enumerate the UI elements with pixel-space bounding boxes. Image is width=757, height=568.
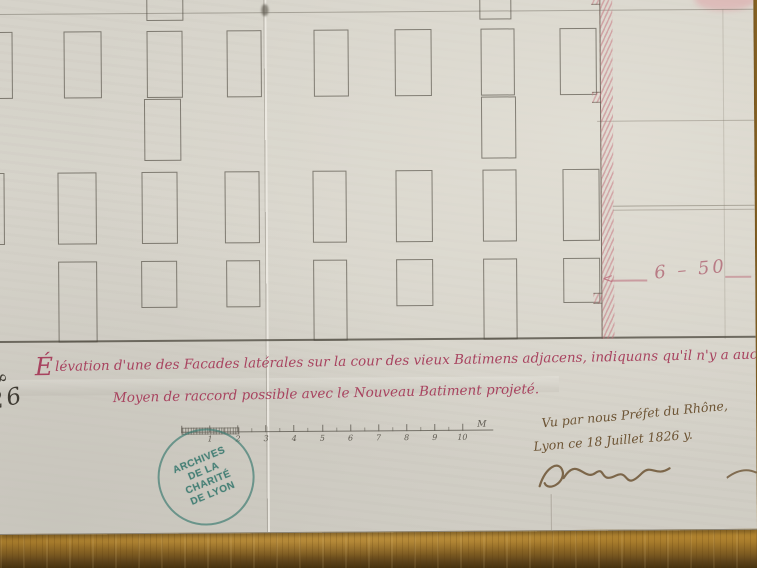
scale-label: 8: [404, 433, 409, 442]
scale-half-tick: [448, 427, 449, 431]
floor-line-right-2: [613, 205, 755, 207]
window-rect: [146, 0, 183, 21]
floor-line-right-1: [597, 120, 754, 122]
window-rect: [482, 169, 517, 241]
window-rect: [396, 259, 433, 306]
window-rect: [559, 28, 596, 95]
scale-label: 5: [320, 434, 325, 443]
window-rect: [562, 169, 600, 241]
wall-molding-notch: [591, 0, 600, 5]
approval-line-1: Vu par nous Préfet du Rhône,: [541, 398, 729, 431]
window-rect: [312, 171, 347, 243]
scale-label: 10: [457, 433, 467, 442]
window-rect: [146, 31, 182, 98]
window-rect: [58, 261, 98, 342]
drawing-title-line-1: Élévation d'une des Facades latérales su…: [35, 348, 707, 376]
cornice-line: [0, 9, 753, 15]
window-rect: [226, 260, 260, 307]
window-rect: [483, 258, 518, 339]
window-rect: [0, 32, 13, 99]
window-rect: [63, 31, 101, 98]
window-rect: [394, 29, 431, 96]
scale-tick: [237, 425, 238, 432]
scale-label: 9: [432, 433, 437, 442]
scale-unit-label: M: [477, 420, 486, 430]
party-wall-hatch: [599, 0, 614, 339]
window-rect: [141, 261, 177, 308]
window-rect: [479, 0, 511, 20]
dimension-leader-line: [725, 276, 751, 278]
scale-half-tick: [280, 428, 281, 432]
scale-tick: [350, 425, 351, 432]
window-rect: [144, 99, 181, 161]
window-rect: [395, 170, 433, 242]
window-rect: [480, 28, 514, 95]
ornate-initial: É: [35, 352, 54, 381]
scale-half-tick: [420, 427, 421, 431]
window-rect: [481, 96, 516, 158]
scale-half-tick: [336, 428, 337, 432]
scale-tick: [462, 424, 463, 431]
window-rect: [57, 172, 97, 244]
scale-label: 7: [376, 433, 381, 442]
wall-molding-notch: [592, 92, 601, 103]
scale-tick: [406, 424, 407, 431]
scale-tick: [322, 425, 323, 432]
drawing-sheet: < 6 – 50 Élévation d'une des Facades lat…: [0, 0, 757, 535]
window-rect: [313, 30, 348, 97]
scale-half-tick: [364, 427, 365, 431]
scale-tick: [294, 425, 295, 432]
vertical-fold: [263, 0, 270, 532]
floor-line-right-3: [613, 209, 755, 211]
window-rect: [141, 172, 178, 244]
edge-stroke-icon: [727, 465, 757, 481]
dimension-leader-line: [611, 279, 647, 281]
window-rect: [313, 260, 348, 341]
wall-molding-notch: [593, 293, 602, 304]
ground-line: [0, 336, 756, 343]
scale-half-tick: [392, 427, 393, 431]
scale-half-tick: [308, 428, 309, 432]
scale-label: 4: [292, 434, 297, 443]
window-rect: [224, 171, 260, 243]
window-rect: [0, 173, 5, 245]
scale-tick: [434, 424, 435, 431]
scale-half-tick: [252, 428, 253, 432]
photo-of-archival-drawing: < 6 – 50 Élévation d'une des Facades lat…: [0, 0, 757, 568]
scale-tick: [266, 425, 267, 432]
scale-label: 6: [348, 434, 353, 443]
signature-flourish-icon: [533, 445, 683, 504]
dimension-value: 6 – 50: [653, 256, 727, 284]
vertical-guide-line: [722, 9, 725, 339]
scale-label: 3: [264, 434, 269, 443]
window-rect: [226, 30, 261, 97]
scale-tick: [181, 426, 182, 433]
title-text: lévation d'une des Facades latérales sur…: [55, 346, 757, 375]
ink-blot: [261, 4, 268, 16]
scale-tick: [378, 424, 379, 431]
